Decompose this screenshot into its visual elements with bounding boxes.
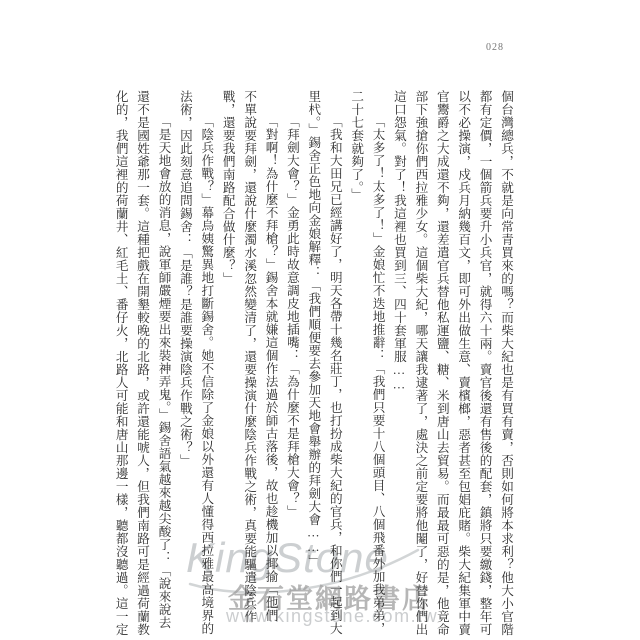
text-line: 「陰兵作戰？」幕烏姨驚異地打斷錫舍。她不信除了金娘以外還有人懂得西拉雅最高境界的	[195, 90, 216, 636]
text-line: 不單說要拜劍，還說什麼濁水溪忽然變清了，還要操演什麼陰兵作戰之術，真要能驅遣陰兵…	[238, 90, 259, 636]
text-line: 二十七套就夠了。」	[345, 90, 366, 636]
text-line: 部下強搶你們西拉雅少女。這個柴大紀，哪天讓我逮著了，處決之前定要將他閹了，好替你…	[409, 90, 430, 636]
text-line: 化的，我們這裡的荷蘭井、紅毛土、番仔火，北路人可能和唐山那邊一樣，聽都沒聽過。這…	[109, 90, 130, 636]
text-line: 官鬻爵之大成還不夠，還差遣官兵替他私運鹽、糖、米到唐山去貿易。而最最可惡的是，他…	[430, 90, 451, 636]
text-line: 「是天地會放的消息，說軍師嚴煙要出來裝神弄鬼。」錫舍語氣越來越尖酸了：「說來說去	[152, 90, 173, 636]
text-block: 個台灣總兵，不就是向常青買來的嗎？而柴大紀也是有買有賣，否則如何將本求利？他大小…	[109, 90, 516, 636]
text-line: 「拜劍大會？」金勇此時故意調皮地插嘴：「為什麼不是拜槍大會？」	[281, 90, 302, 636]
text-line: 「太多了！太多了！」金娘忙不迭地推辭：「我們只要十八個頭目、八個飛番外加我弟弟，	[366, 90, 387, 636]
text-line: 這口怨氣。對了！我這裡也買到三、四十套軍服……	[388, 90, 409, 636]
page-number: 028	[486, 42, 504, 53]
text-line: 里杙。」錫舍正色地向金娘解釋：「我們順便要去參加天地會舉辦的拜劍大會……」	[302, 90, 323, 636]
text-line: 「我和大田兄已經講好了，明天各帶十幾名莊丁，也打扮成柴大紀的官兵，和你們一起到大	[323, 90, 344, 636]
text-line: 戰，還要我們南路配合做什麼？」	[216, 90, 237, 636]
text-line: 法術，因此刻意追問錫舍：「是誰？是誰要操演陰兵作戰之術？」	[174, 90, 195, 636]
text-line: 都有定價，一個箭兵要升小兵官，就得六十兩。賣官後還有售後的配套，鎮將只要繳錢，整…	[473, 90, 494, 636]
book-page: 028 個台灣總兵，不就是向常青買來的嗎？而柴大紀也是有買有賣，否則如何將本求利…	[0, 0, 640, 640]
text-line: 個台灣總兵，不就是向常青買來的嗎？而柴大紀也是有買有賣，否則如何將本求利？他大小…	[495, 90, 516, 636]
text-line: 還不是國姓爺那一套。這種把戲在開墾較晚的北路，或許還能唬人，但我們南路可是經過荷…	[131, 90, 152, 636]
text-line: 以不必操演，戍兵月納幾百文，即可外出做生意、賣檳榔，惡者甚至包娼庇賭。柴大紀集軍…	[452, 90, 473, 636]
text-line: 「對啊！為什麼不拜槍？」錫舍本就嫌這個作法過於師古落後，故也趁機加以揶揄「他們	[259, 90, 280, 636]
